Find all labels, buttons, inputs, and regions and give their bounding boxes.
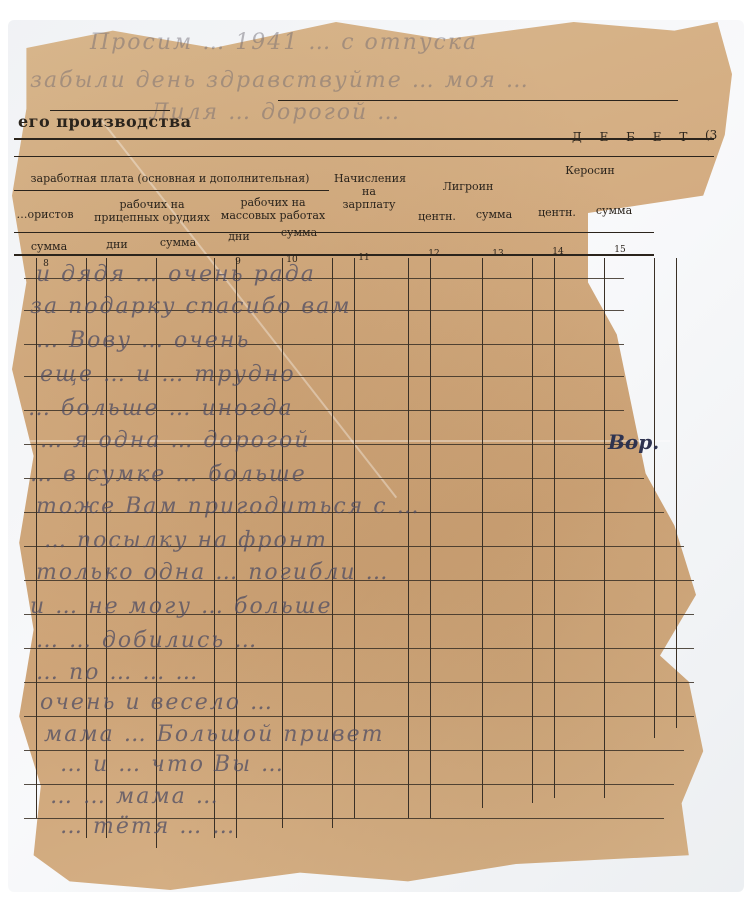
column-number: 15 bbox=[610, 244, 630, 257]
column-number: 13 bbox=[488, 248, 508, 261]
col-kerosene-sum: сумма bbox=[584, 204, 644, 217]
debit-label: Д Е Б Е Т bbox=[572, 130, 694, 144]
header-rule bbox=[14, 156, 714, 157]
col-ligroin-sum: сумма bbox=[464, 208, 524, 221]
handwriting-line: … … мама … bbox=[50, 784, 220, 809]
column-number: 14 bbox=[548, 246, 568, 259]
unit-days: дни bbox=[92, 238, 142, 251]
unit-days: дни bbox=[214, 230, 264, 243]
col-sub-trailers: рабочих на прицепных орудиях bbox=[92, 198, 212, 224]
col-sub-mass-work: рабочих на массовых работах bbox=[214, 196, 332, 222]
handwriting-top-line: Просим … 1941 … с отпуска bbox=[90, 30, 478, 55]
column-number: 11 bbox=[354, 252, 374, 265]
col-group-kerosene: Керосин bbox=[530, 164, 650, 177]
handwriting-line: и дядя … очень рада bbox=[36, 262, 316, 287]
margin-note: Вор. bbox=[608, 430, 659, 454]
col-kerosene-cent: центн. bbox=[532, 206, 582, 219]
handwriting-line: … больше … иногда bbox=[28, 396, 294, 421]
handwriting-top-line: забыли день здравствуйте … моя … bbox=[30, 68, 530, 93]
handwriting-line: очень и весело … bbox=[40, 690, 274, 715]
col-ligroin-cent: центн. bbox=[412, 210, 462, 223]
debit-section-number: (3 bbox=[705, 128, 717, 142]
col-accruals: Начисления на зарплату bbox=[334, 172, 404, 211]
column-number: 12 bbox=[424, 248, 444, 261]
handwriting-line: … … добились … bbox=[36, 628, 258, 653]
handwriting-line: … в сумке … больше bbox=[30, 462, 307, 487]
col-group-wages: заработная плата (основная и дополнитель… bbox=[10, 172, 330, 185]
handwriting-line: еще … и … трудно bbox=[40, 362, 296, 387]
handwriting-line: … Вову … очень bbox=[36, 328, 250, 353]
unit-sum: сумма bbox=[14, 240, 84, 253]
handwriting-line: мама … Большой привет bbox=[44, 722, 384, 747]
form-title: его производства bbox=[18, 112, 191, 131]
header-rule bbox=[278, 100, 678, 101]
handwriting-line: … по … … … bbox=[36, 660, 199, 685]
header-rule bbox=[50, 110, 170, 111]
handwriting-line: … тётя … … bbox=[60, 814, 236, 839]
handwriting-line: только одна … погибли … bbox=[36, 560, 390, 585]
handwriting-line: и … не могу … больше bbox=[30, 594, 333, 619]
handwriting-line: … и … что Вы … bbox=[60, 752, 285, 777]
header-rule bbox=[14, 232, 654, 233]
handwriting-line: … я одна … дорогой bbox=[40, 428, 310, 453]
handwriting-line: за подарку спасибо вам bbox=[30, 294, 351, 319]
handwriting-line: тоже Вам пригодиться с … bbox=[36, 494, 421, 519]
col-group-ligroin: Лигроин bbox=[408, 180, 528, 193]
unit-sum: сумма bbox=[148, 236, 208, 249]
unit-sum: сумма bbox=[266, 226, 332, 239]
header-rule bbox=[14, 190, 329, 191]
handwriting-line: … посылку на фронт bbox=[44, 528, 328, 553]
col-sub-fragment: …ористов bbox=[10, 208, 80, 221]
